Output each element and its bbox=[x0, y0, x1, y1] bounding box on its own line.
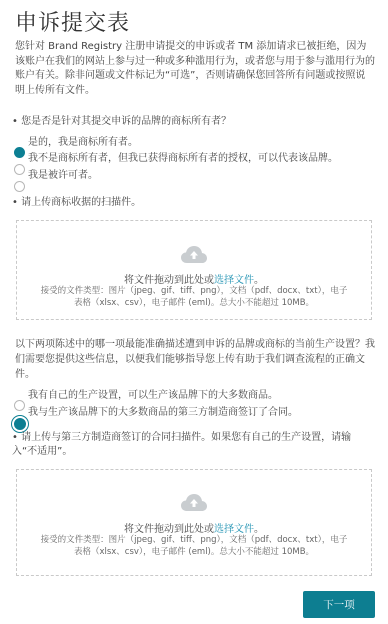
question-trademark-owner-label: • 您是否是针对其提交申诉的品牌的商标所有者？ bbox=[12, 115, 231, 129]
option-authorized-agent-label[interactable]: 我不是商标所有者，但我已获得商标所有者的授权，可以代表该品牌。 bbox=[28, 152, 338, 166]
option-trademark-owner-yes-label[interactable]: 是的，我是商标所有者。 bbox=[28, 136, 138, 150]
accepted-file-types: 接受的文件类型：图片（jpeg、gif、tiff、png），文档（pdf、doc… bbox=[37, 285, 351, 309]
accepted-file-types: 接受的文件类型：图片（jpeg、gif、tiff、png），文档（pdf、doc… bbox=[37, 534, 351, 558]
option-own-production-label[interactable]: 我有自己的生产设置，可以生产该品牌下的大多数商品。 bbox=[28, 389, 278, 403]
question-production-setup-label: 以下两项陈述中的哪一项最能准确描述遭到申诉的品牌或商标的当前生产设置？我们需要您… bbox=[15, 337, 377, 382]
radio-licensee[interactable] bbox=[14, 181, 25, 192]
radio-trademark-owner-yes[interactable] bbox=[14, 147, 25, 158]
upload-trademark-receipt-label: • 请上传商标收据的扫描件。 bbox=[12, 196, 141, 210]
option-licensee-label[interactable]: 我是被许可者。 bbox=[28, 169, 98, 183]
cloud-upload-icon bbox=[181, 494, 207, 512]
intro-text: 您针对 Brand Registry 注册申请提交的申诉或者 TM 添加请求已被… bbox=[15, 40, 375, 98]
drop-instruction: 将文件拖动到此处或选择文件。 bbox=[17, 271, 371, 286]
cloud-upload-icon bbox=[181, 246, 207, 264]
file-drop-zone-trademark[interactable]: 将文件拖动到此处或选择文件。 接受的文件类型：图片（jpeg、gif、tiff、… bbox=[16, 220, 372, 320]
radio-third-party-manufacturer[interactable] bbox=[14, 418, 26, 430]
upload-contract-label: • 请上传与第三方制造商签订的合同扫描件。如果您有自己的生产设置，请输入“不适用… bbox=[12, 431, 374, 459]
page-title: 申诉提交表 bbox=[15, 6, 130, 37]
next-button[interactable]: 下一项 bbox=[303, 591, 375, 618]
file-drop-zone-contract[interactable]: 将文件拖动到此处或选择文件。 接受的文件类型：图片（jpeg、gif、tiff、… bbox=[16, 469, 372, 576]
radio-own-production[interactable] bbox=[14, 400, 25, 411]
radio-authorized-agent[interactable] bbox=[14, 164, 25, 175]
option-third-party-manufacturer-label[interactable]: 我与生产该品牌下的大多数商品的第三方制造商签订了合同。 bbox=[28, 406, 298, 420]
drop-instruction: 将文件拖动到此处或选择文件。 bbox=[17, 520, 371, 535]
